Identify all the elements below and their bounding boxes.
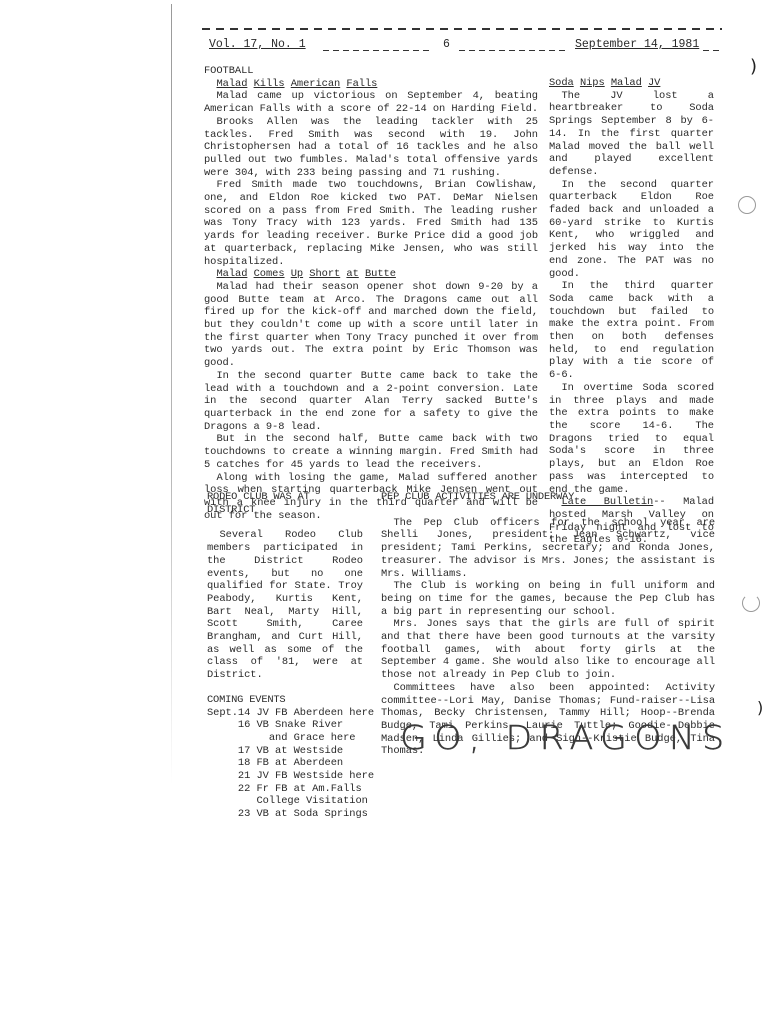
article-paragraph: The JV lost a heartbreaker to Soda Sprin… <box>549 90 714 179</box>
event-item: 23 VB at Soda Springs <box>207 808 363 821</box>
section-title-football: FOOTBALL <box>204 65 538 78</box>
article-paragraph: In overtime Soda scored in three plays a… <box>549 382 714 496</box>
event-item: 21 JV FB Westside here <box>207 770 363 783</box>
masthead-dashes <box>459 50 567 51</box>
punch-hole-middle <box>742 594 760 612</box>
margin-mark-bottom: ) <box>757 700 763 716</box>
event-item: 17 VB at Westside <box>207 745 363 758</box>
top-dashed-rule <box>202 28 722 30</box>
article-paragraph: The Pep Club officers for the school yea… <box>381 517 715 581</box>
masthead-dashes <box>323 50 431 51</box>
event-item: 18 FB at Aberdeen <box>207 757 363 770</box>
section-title-rodeo: RODEO CLUB WAS AT DISTRICT <box>207 491 363 516</box>
article-paragraph: Several Rodeo Club members participated … <box>207 529 363 681</box>
masthead: Vol. 17, No. 1 6 September 14, 1981 <box>203 38 723 54</box>
headline-soda-nips-malad-jv: Soda Nips Malad JV <box>549 77 714 90</box>
article-paragraph: Mrs. Jones says that the girls are full … <box>381 618 715 682</box>
article-paragraph: In the second quarter quarterback Eldon … <box>549 179 714 281</box>
headline-malad-comes-up-short: Malad Comes Up Short at Butte <box>216 268 538 281</box>
section-title-pep-club: PEP CLUB ACTIVITIES ARE UNDERWAY <box>381 491 715 504</box>
article-paragraph: Fred Smith made two touchdowns, Brian Co… <box>204 179 538 268</box>
event-item: 22 Fr FB at Am.Falls <box>207 783 363 796</box>
event-item: and Grace here <box>207 732 363 745</box>
jv-column: Soda Nips Malad JV The JV lost a heartbr… <box>549 77 714 547</box>
article-paragraph: Malad came up victorious on September 4,… <box>204 90 538 115</box>
article-paragraph: The Club is working on being in full uni… <box>381 580 715 618</box>
left-margin-line <box>171 4 172 784</box>
event-item: Sept.14 JV FB Aberdeen here <box>207 707 363 720</box>
article-paragraph: Brooks Allen was the leading tackler wit… <box>204 116 538 180</box>
volume-number: Vol. 17, No. 1 <box>209 38 306 52</box>
article-paragraph: In the second quarter Butte came back to… <box>204 370 538 434</box>
newsletter-page: Vol. 17, No. 1 6 September 14, 1981 FOOT… <box>0 0 780 1024</box>
go-dragons-slogan: GO, DRAGONS <box>400 718 731 757</box>
page-number: 6 <box>443 38 450 52</box>
article-paragraph: In the third quarter Soda came back with… <box>549 280 714 382</box>
article-paragraph: But in the second half, Butte came back … <box>204 433 538 471</box>
football-column: FOOTBALL Malad Kills American Falls Mala… <box>204 65 538 522</box>
issue-date: September 14, 1981 <box>575 38 699 52</box>
punch-hole-top <box>738 196 756 214</box>
event-item: College Visitation <box>207 795 363 808</box>
margin-mark-top: ) <box>750 58 757 76</box>
article-paragraph: Malad had their season opener shot down … <box>204 281 538 370</box>
rodeo-column: RODEO CLUB WAS AT DISTRICT Several Rodeo… <box>207 491 363 821</box>
section-title-coming-events: COMING EVENTS <box>207 694 363 707</box>
event-item: 16 VB Snake River <box>207 719 363 732</box>
masthead-dashes <box>703 50 723 51</box>
headline-malad-kills-american-falls: Malad Kills American Falls <box>216 78 538 91</box>
coming-events-list: Sept.14 JV FB Aberdeen here 16 VB Snake … <box>207 707 363 821</box>
